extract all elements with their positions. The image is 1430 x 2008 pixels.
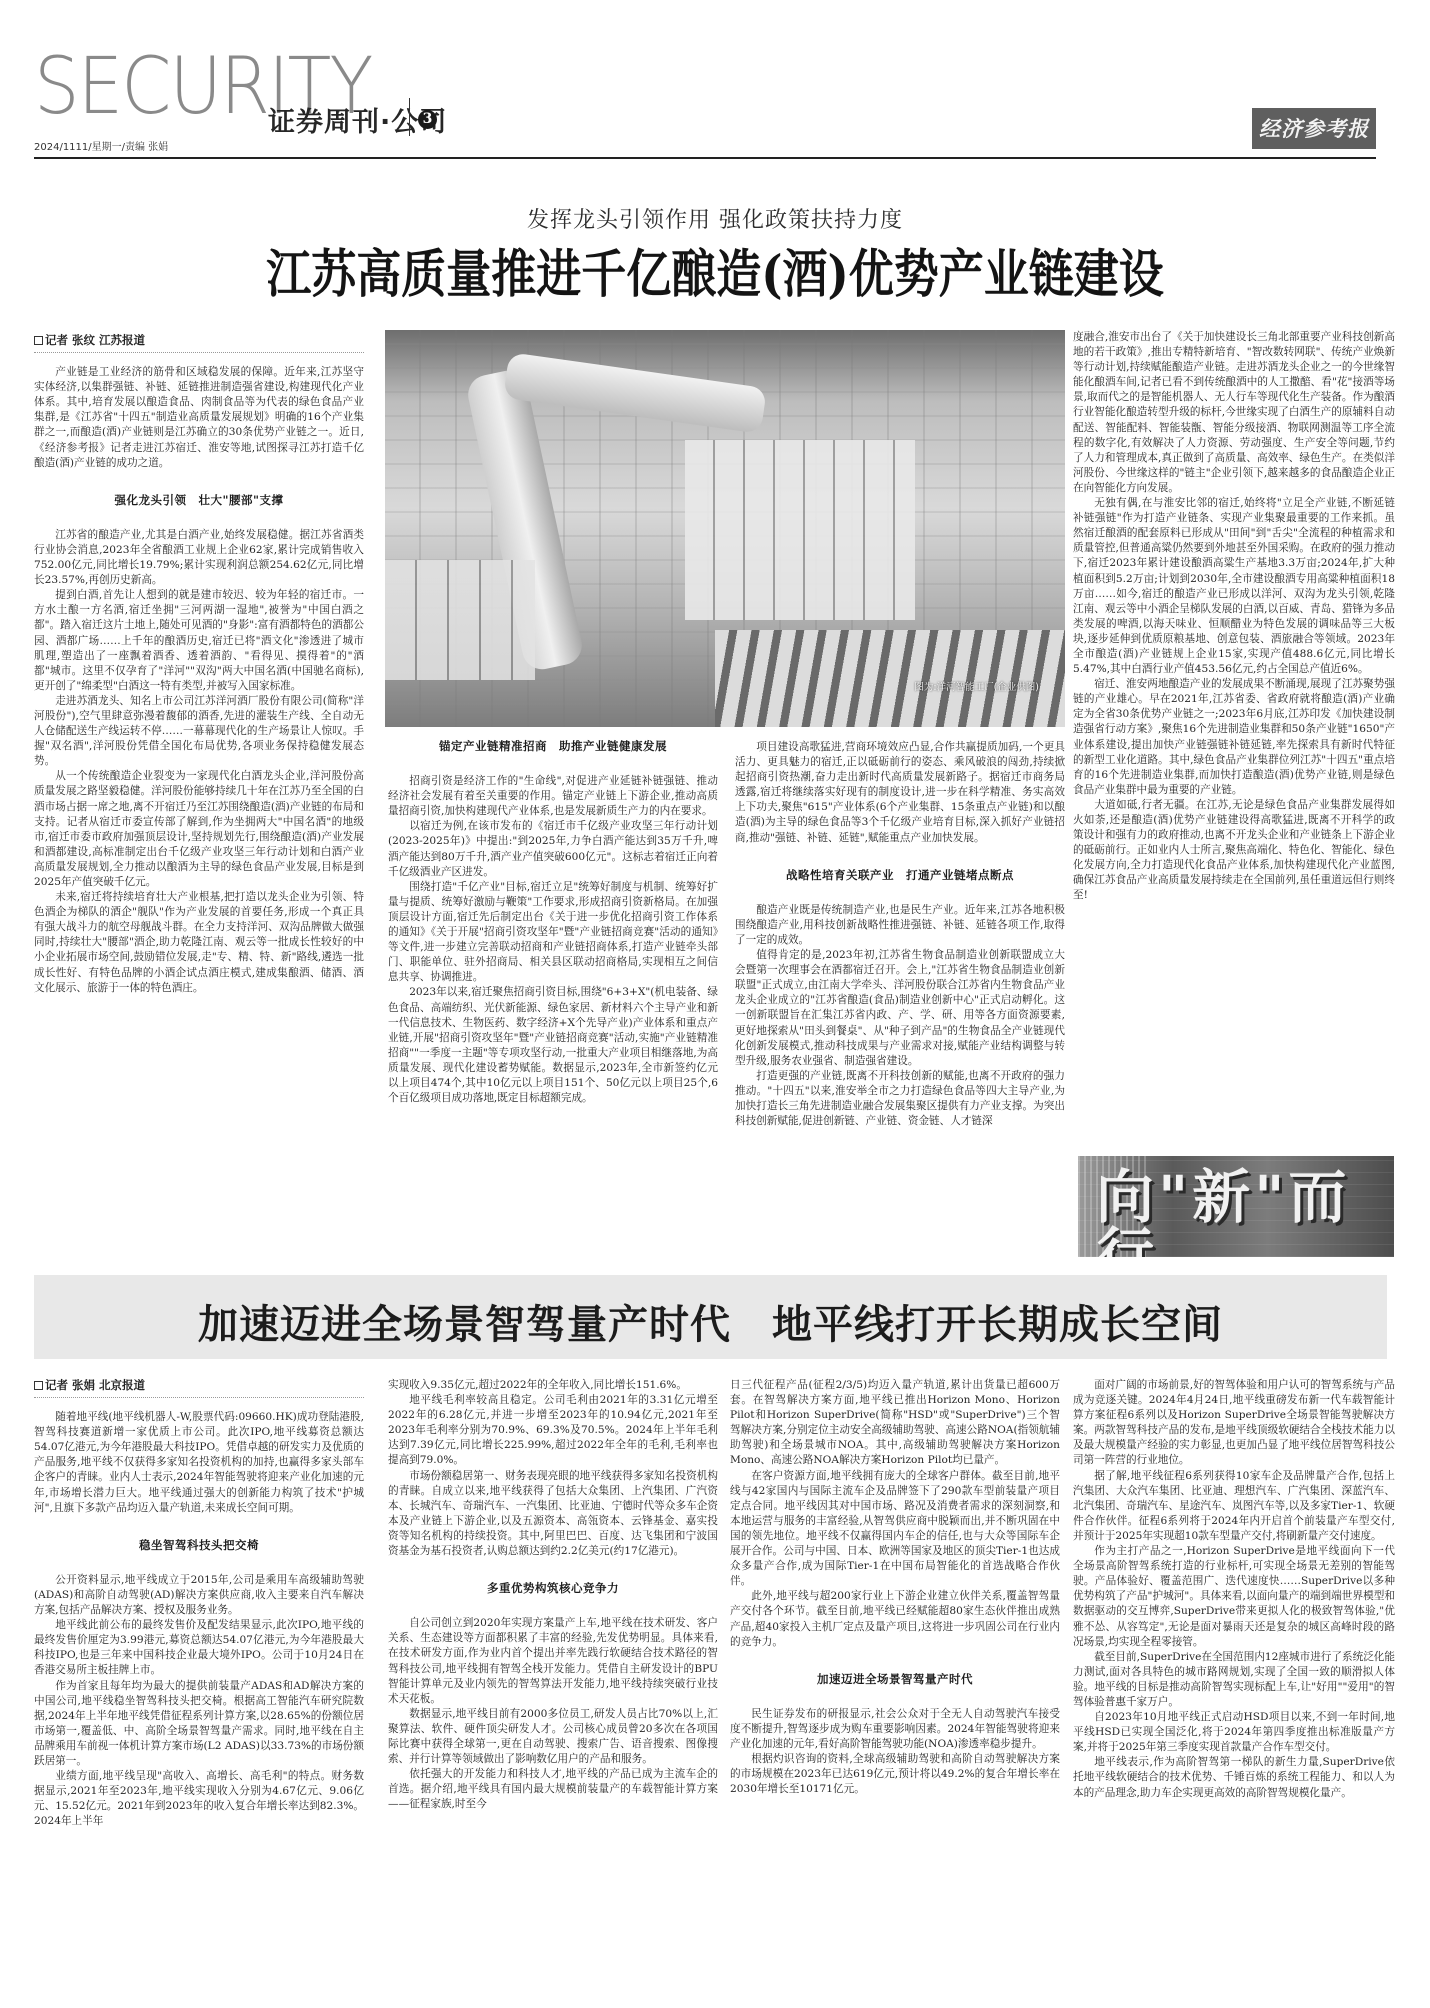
- article1-column-1: 记者 张纹 江苏报道 产业链是工业经济的筋骨和区域稳发展的保障。近年来,江苏坚守…: [34, 333, 364, 996]
- article2-byline: 记者 张娟 北京报道: [34, 1378, 364, 1398]
- masthead-rule: [34, 157, 1376, 159]
- article1-headline: 江苏高质量推进千亿酿造(酒)优势产业链建设: [0, 232, 1430, 307]
- subheading: 锚定产业链精准招商 助推产业链健康发展: [388, 739, 718, 754]
- article1-kicker: 发挥龙头引领作用 强化政策扶持力度: [0, 203, 1430, 234]
- paragraph: 走进苏酒龙头、知名上市公司江苏洋河酒厂股份有限公司(简称"洋河股份"),空气里肆…: [34, 694, 364, 769]
- paragraph: 宿迁、淮安两地酿造产业的发展成果不断涌现,展现了江苏聚势强链的产业雄心。早在20…: [1073, 677, 1395, 798]
- article2-headline: 加速迈进全场景智驾量产时代 地平线打开长期成长空间: [34, 1293, 1387, 1350]
- paragraph: 值得肯定的是,2023年初,江苏省生物食品制造业创新联盟成立大会暨第一次理事会在…: [735, 948, 1065, 1069]
- byline-box-icon: [34, 336, 43, 345]
- subheading: 稳坐智驾科技头把交椅: [34, 1538, 364, 1553]
- article1-column-3: 项目建设高歌猛进,营商环境效应凸显,合作共赢提质加码,一个更具活力、更具魅力的宿…: [735, 740, 1065, 1129]
- paragraph: 大道如砥,行者无疆。在江苏,无论是绿色食品产业集群发展得如火如荼,还是酿造(酒)…: [1073, 798, 1395, 904]
- paragraph: 无独有偶,在与淮安比邻的宿迁,始终将"立足全产业链,不断延链补链强链"作为打造产…: [1073, 496, 1395, 677]
- paragraph: 地平线毛利率较高且稳定。公司毛利由2021年的3.31亿元增至2022年的6.2…: [388, 1393, 718, 1468]
- byline-text: 记者 张娟 北京报道: [45, 1378, 145, 1392]
- stacked-boxes-shape: [685, 440, 915, 620]
- column-banner-xiang-xin-er-xing: 向"新"而行: [1078, 1156, 1394, 1257]
- column-banner-title: 向"新"而行: [1096, 1168, 1394, 1257]
- date-editor-line: 2024/1111/星期一/责编 张娟: [34, 138, 168, 153]
- paragraph: 此外,地平线与超200家行业上下游企业建立伙伴关系,覆盖智驾量产交付各个环节。截…: [730, 1589, 1060, 1649]
- paragraph: 打造更强的产业链,既离不开科技创新的赋能,也离不开政府的强力推动。"十四五"以来…: [735, 1069, 1065, 1129]
- stacked-boxes-shape: [385, 560, 535, 680]
- article2-column-4: 面对广阔的市场前景,好的智驾体验和用户认可的智驾系统与产品成为竞逐关键。2024…: [1073, 1378, 1395, 1801]
- paragraph: 据了解,地平线征程6系列获得10家车企及品牌量产合作,包括上汽集团、大众汽车集团…: [1073, 1469, 1395, 1544]
- paragraph: 业绩方面,地平线呈现"高收入、高增长、高毛利"的特点。财务数据显示,2021年至…: [34, 1769, 364, 1829]
- paragraph: 2023年以来,宿迁聚焦招商引资目标,围绕"6+3+X"(机电装备、绿色食品、高…: [388, 985, 718, 1106]
- paragraph: 地平线表示,作为高阶智驾第一梯队的新生力量,SuperDrive依托地平线软硬结…: [1073, 1755, 1395, 1800]
- paragraph: 民生证券发布的研报显示,社会公众对于全无人自动驾驶汽车接受度不断提升,智驾逐步成…: [730, 1707, 1060, 1752]
- paragraph: 实现收入9.35亿元,超过2022年的全年收入,同比增长151.6%。: [388, 1378, 718, 1393]
- paragraph: 面对广阔的市场前景,好的智驾体验和用户认可的智驾系统与产品成为竞逐关键。2024…: [1073, 1378, 1395, 1469]
- byline-text: 记者 张纹 江苏报道: [45, 333, 145, 347]
- paragraph: 自公司创立到2020年实现方案量产上车,地平线在技术研发、客户关系、生态建设等方…: [388, 1616, 718, 1707]
- masthead-divider: [409, 98, 410, 136]
- paragraph: 围绕打造"千亿产业"目标,宿迁立足"统筹好制度与机制、统筹好扩量与提质、统筹好激…: [388, 880, 718, 986]
- article1-column-4: 度融合,淮安市出台了《关于加快建设长三角北部重要产业科技创新高地的若干政策》,推…: [1073, 330, 1395, 904]
- paragraph: 江苏省的酿造产业,尤其是白酒产业,始终发展稳健。据江苏省酒类行业协会消息,202…: [34, 528, 364, 588]
- paragraph: 截至目前,SuperDrive在全国范围内12座城市进行了系统泛化能力测试,面对…: [1073, 1650, 1395, 1710]
- subheading: 多重优势构筑核心竞争力: [388, 1581, 718, 1596]
- subheading: 战略性培育关联产业 打通产业链堵点断点: [735, 868, 1065, 883]
- paragraph: 自2023年10月地平线正式启动HSD项目以来,不到一年时间,地平线HSD已实现…: [1073, 1710, 1395, 1755]
- paragraph: 公开资料显示,地平线成立于2015年,公司是乘用车高级辅助驾驶(ADAS)和高阶…: [34, 1573, 364, 1618]
- paragraph: 从一个传统酿造企业裂变为一家现代化白酒龙头企业,洋河股份高质量发展之路坚毅稳健。…: [34, 769, 364, 890]
- paragraph: 酿造产业既是传统制造产业,也是民生产业。近年来,江苏各地积极围绕酿造产业,用科技…: [735, 903, 1065, 948]
- paragraph: 作为首家且每年均为最大的提供前装量产ADAS和AD解决方案的中国公司,地平线稳坐…: [34, 1679, 364, 1770]
- paragraph: 产业链是工业经济的筋骨和区域稳发展的保障。近年来,江苏坚守实体经济,以集群强链、…: [34, 365, 364, 471]
- paragraph: 提到白酒,首先让人想到的就是建市较迟、较为年轻的宿迁市。一方水土酿一方名酒,宿迁…: [34, 588, 364, 694]
- paragraph: 度融合,淮安市出台了《关于加快建设长三角北部重要产业科技创新高地的若干政策》,推…: [1073, 330, 1395, 496]
- page-number-badge: 3: [418, 110, 437, 129]
- paragraph: 作为主打产品之一,Horizon SuperDrive是地平线面向下一代全场景高…: [1073, 1544, 1395, 1650]
- paragraph: 根据灼识咨询的资料,全球高级辅助驾驶和高阶自动驾驶解决方案的市场规模在2023年…: [730, 1752, 1060, 1797]
- newspaper-logo: 经济参考报: [1252, 108, 1376, 149]
- article2-column-2: 实现收入9.35亿元,超过2022年的全年收入,同比增长151.6%。 地平线毛…: [388, 1378, 718, 1812]
- paragraph: 未来,宿迁将持续培育壮大产业根基,把打造以龙头企业为引领、特色酒企为梯队的酒企"…: [34, 890, 364, 996]
- robot-arm-shape: [503, 352, 767, 434]
- paragraph: 随着地平线(地平线机器人-W,股票代码:09660.HK)成功登陆港股,智驾科技…: [34, 1410, 364, 1516]
- article1-photo-factory: 图为:洋河智能工厂(企业供图): [385, 330, 1065, 727]
- subheading: 强化龙头引领 壮大"腰部"支撑: [34, 493, 364, 508]
- paragraph: 依托强大的开发能力和科技人才,地平线的产品已成为主流车企的首选。据介绍,地平线具…: [388, 1767, 718, 1812]
- paragraph: 地平线此前公布的最终发售价及配发结果显示,此次IPO,地平线的最终发售价厘定为3…: [34, 1618, 364, 1678]
- article2-headline-band: 加速迈进全场景智驾量产时代 地平线打开长期成长空间: [34, 1275, 1387, 1359]
- masthead: SECURITY 证券周刊·公司 3 2024/1111/星期一/责编 张娟 经…: [0, 0, 1430, 160]
- paragraph: 在客户资源方面,地平线拥有庞大的全球客户群体。截至目前,地平线与42家国内与国际…: [730, 1469, 1060, 1590]
- paragraph: 市场份额稳居第一、财务表现亮眼的地平线获得多家知名投资机构的青睐。自成立以来,地…: [388, 1469, 718, 1560]
- article2-column-1: 记者 张娟 北京报道 随着地平线(地平线机器人-W,股票代码:09660.HK)…: [34, 1378, 364, 1829]
- byline-box-icon: [34, 1381, 43, 1390]
- article1-column-2: 锚定产业链精准招商 助推产业链健康发展 招商引资是经济工作的"生命线",对促进产…: [388, 735, 718, 1106]
- subheading: 加速迈进全场景智驾量产时代: [730, 1672, 1060, 1687]
- paragraph: 招商引资是经济工作的"生命线",对促进产业延链补链强链、推动经济社会发展有着至关…: [388, 774, 718, 819]
- article2-column-3: 日三代征程产品(征程2/3/5)均迈入量产轨道,累计出货量已超600万套。在智驾…: [730, 1378, 1060, 1797]
- paragraph: 日三代征程产品(征程2/3/5)均迈入量产轨道,累计出货量已超600万套。在智驾…: [730, 1378, 1060, 1469]
- article1-byline: 记者 张纹 江苏报道: [34, 333, 364, 353]
- paragraph: 以宿迁为例,在该市发布的《宿迁市千亿级产业攻坚三年行动计划(2023-2025年…: [388, 819, 718, 879]
- photo-caption: 图为:洋河智能工厂(企业供图): [914, 679, 1039, 693]
- paragraph: 数据显示,地平线目前有2000多位员工,研发人员占比70%以上,汇聚算法、软件、…: [388, 1707, 718, 1767]
- paragraph: 项目建设高歌猛进,营商环境效应凸显,合作共赢提质加码,一个更具活力、更具魅力的宿…: [735, 740, 1065, 846]
